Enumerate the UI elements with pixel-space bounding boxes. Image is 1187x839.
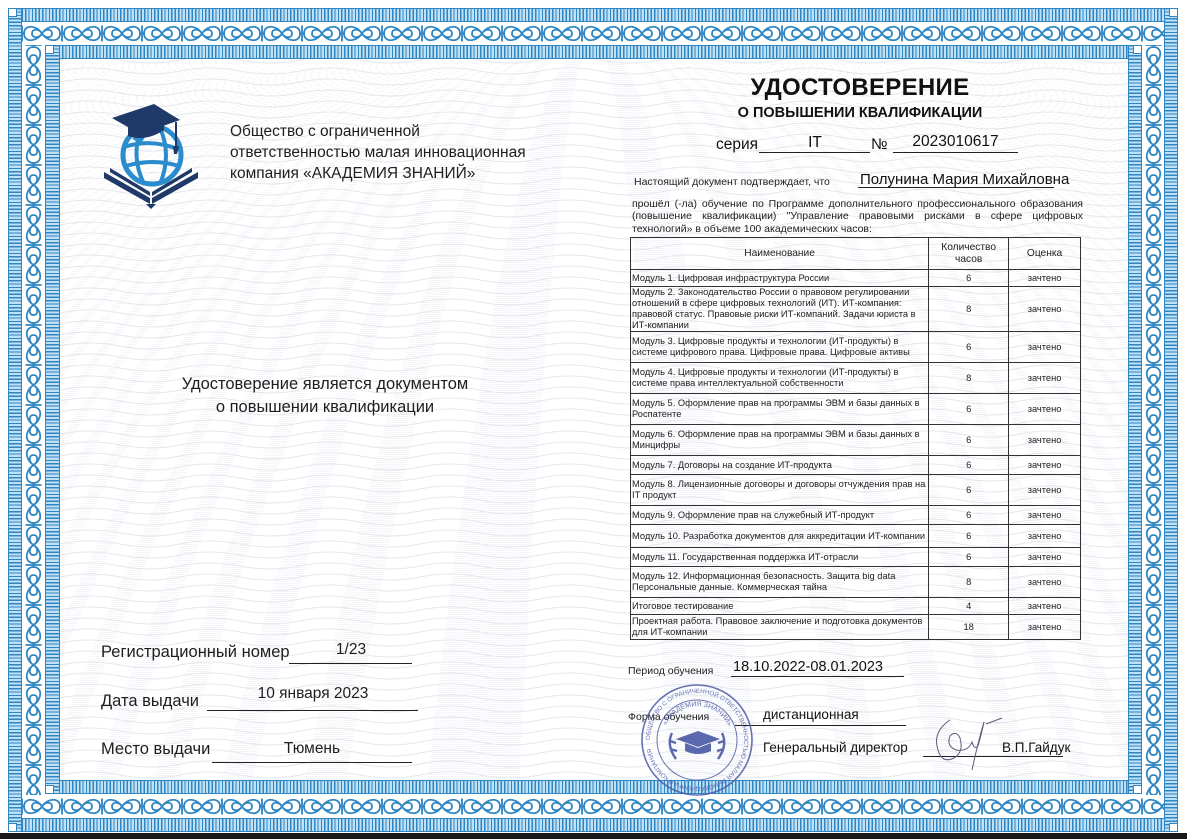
study-period-label: Период обучения xyxy=(628,665,713,677)
grade-cell: зачтено xyxy=(1009,475,1081,506)
study-period-underline xyxy=(731,676,904,677)
frame-corner xyxy=(45,785,54,794)
program-description: прошёл (-ла) обучение по Программе допол… xyxy=(632,198,1083,235)
module-name-cell: Итоговое тестирование xyxy=(631,598,929,615)
frame-corner xyxy=(8,8,17,17)
table-row: Модуль 11. Государственная поддержка ИТ-… xyxy=(631,548,1081,567)
certificate-sheet: Общество с ограниченной ответственностью… xyxy=(0,0,1187,833)
holder-name: Полунина Мария Михайловна xyxy=(860,171,1069,188)
statement-line: Удостоверение является документом xyxy=(150,373,500,396)
table-row: Модуль 2. Законодательство России о прав… xyxy=(631,287,1081,332)
frame-inner-top xyxy=(45,45,1142,59)
table-row: Итоговое тестирование4зачтено xyxy=(631,598,1081,615)
director-signature xyxy=(920,712,1010,774)
module-name-cell: Модуль 9. Оформление прав на служебный И… xyxy=(631,506,929,525)
hours-cell: 6 xyxy=(929,270,1009,287)
hours-cell: 6 xyxy=(929,506,1009,525)
hours-cell: 6 xyxy=(929,332,1009,363)
table-row: Модуль 7. Договоры на создание ИТ-продук… xyxy=(631,456,1081,475)
table-row: Модуль 9. Оформление прав на служебный И… xyxy=(631,506,1081,525)
hours-cell: 6 xyxy=(929,525,1009,548)
number-value: 2023010617 xyxy=(893,133,1018,151)
organization-name-line: компания «АКАДЕМИЯ ЗНАНИЙ» xyxy=(230,163,526,184)
stamp-inner-text: «АКАДЕМИЯ ЗНАНИЙ» xyxy=(662,701,733,728)
director-name: В.П.Гайдук xyxy=(1002,740,1070,755)
grade-cell: зачтено xyxy=(1009,456,1081,475)
hours-cell: 6 xyxy=(929,394,1009,425)
table-row: Проектная работа. Правовое заключение и … xyxy=(631,615,1081,640)
company-stamp: ОБЩЕСТВО С ОГРАНИЧЕННОЙ ОТВЕТСТВЕННОСТЬЮ… xyxy=(640,683,754,797)
organization-name: Общество с ограниченной ответственностью… xyxy=(230,121,526,184)
table-row: Модуль 6. Оформление прав на программы Э… xyxy=(631,425,1081,456)
hours-cell: 8 xyxy=(929,363,1009,394)
hours-cell: 6 xyxy=(929,425,1009,456)
number-label: № xyxy=(871,136,888,154)
study-period-value: 18.10.2022-08.01.2023 xyxy=(733,659,883,675)
frame-inner-left xyxy=(45,45,60,794)
issue-date-underline xyxy=(207,710,418,711)
module-name-cell: Модуль 2. Законодательство России о прав… xyxy=(631,287,929,332)
hours-cell: 4 xyxy=(929,598,1009,615)
grade-cell: зачтено xyxy=(1009,615,1081,640)
table-row: Модуль 10. Разработка документов для акк… xyxy=(631,525,1081,548)
hours-cell: 6 xyxy=(929,475,1009,506)
frame-inner-right xyxy=(1128,45,1142,794)
table-header-row: Наименование Количество часов Оценка xyxy=(631,238,1081,270)
table-row: Модуль 1. Цифровая инфраструктура России… xyxy=(631,270,1081,287)
frame-knot-ornament-bottom xyxy=(22,795,1164,818)
frame-knot-ornament-top xyxy=(22,22,1164,45)
module-name-cell: Модуль 11. Государственная поддержка ИТ-… xyxy=(631,548,929,567)
hours-cell: 8 xyxy=(929,567,1009,598)
frame-knot-ornament-right xyxy=(1142,45,1164,795)
issue-date-value: 10 января 2023 xyxy=(207,685,419,703)
study-form-value: дистанционная xyxy=(763,707,859,722)
table-row: Модуль 12. Информационная безопасность. … xyxy=(631,567,1081,598)
module-name-cell: Модуль 8. Лицензионные договоры и догово… xyxy=(631,475,929,506)
organization-name-line: ответственностью малая инновационная xyxy=(230,142,526,163)
frame-outer-left xyxy=(8,8,22,832)
frame-corner xyxy=(1133,785,1142,794)
column-header-grade: Оценка xyxy=(1009,238,1081,270)
organization-name-line: Общество с ограниченной xyxy=(230,121,526,142)
grade-cell: зачтено xyxy=(1009,394,1081,425)
module-name-cell: Модуль 7. Договоры на создание ИТ-продук… xyxy=(631,456,929,475)
frame-corner xyxy=(1133,45,1142,54)
modules-table: Наименование Количество часов Оценка Мод… xyxy=(630,237,1081,640)
module-name-cell: Модуль 10. Разработка документов для акк… xyxy=(631,525,929,548)
certificate-statement: Удостоверение является документом о повы… xyxy=(150,373,500,419)
series-underline xyxy=(759,152,870,153)
number-underline xyxy=(893,152,1018,153)
issue-place-underline xyxy=(212,762,412,763)
table-row: Модуль 4. Цифровые продукты и технологии… xyxy=(631,363,1081,394)
hours-cell: 6 xyxy=(929,548,1009,567)
grade-cell: зачтено xyxy=(1009,332,1081,363)
grade-cell: зачтено xyxy=(1009,425,1081,456)
grade-cell: зачтено xyxy=(1009,287,1081,332)
registration-number-value: 1/23 xyxy=(290,641,412,659)
frame-knot-ornament-left xyxy=(22,45,45,795)
series-label: серия xyxy=(716,136,758,154)
grade-cell: зачтено xyxy=(1009,525,1081,548)
module-name-cell: Модуль 4. Цифровые продукты и технологии… xyxy=(631,363,929,394)
grade-cell: зачтено xyxy=(1009,598,1081,615)
module-name-cell: Модуль 6. Оформление прав на программы Э… xyxy=(631,425,929,456)
module-name-cell: Модуль 3. Цифровые продукты и технологии… xyxy=(631,332,929,363)
certificate-title: УДОСТОВЕРЕНИЕ xyxy=(700,74,1020,102)
certificate-subtitle: О ПОВЫШЕНИИ КВАЛИФИКАЦИИ xyxy=(700,105,1020,121)
hours-cell: 8 xyxy=(929,287,1009,332)
grade-cell: зачтено xyxy=(1009,548,1081,567)
table-row: Модуль 8. Лицензионные договоры и догово… xyxy=(631,475,1081,506)
frame-corner xyxy=(1169,8,1178,17)
holder-name-underline xyxy=(858,187,1054,188)
column-header-name: Наименование xyxy=(631,238,929,270)
table-row: Модуль 5. Оформление прав на программы Э… xyxy=(631,394,1081,425)
registration-number-label: Регистрационный номер xyxy=(101,643,290,662)
grade-cell: зачтено xyxy=(1009,567,1081,598)
statement-line: о повышении квалификации xyxy=(150,396,500,419)
module-name-cell: Проектная работа. Правовое заключение и … xyxy=(631,615,929,640)
frame-corner xyxy=(1169,823,1178,832)
frame-corner xyxy=(45,45,54,54)
grade-cell: зачтено xyxy=(1009,506,1081,525)
issue-place-label: Место выдачи xyxy=(101,740,210,759)
study-form-underline xyxy=(735,725,906,726)
module-name-cell: Модуль 5. Оформление прав на программы Э… xyxy=(631,394,929,425)
series-value: IT xyxy=(760,134,870,152)
frame-outer-top xyxy=(8,8,1178,22)
module-name-cell: Модуль 1. Цифровая инфраструктура России xyxy=(631,270,929,287)
module-name-cell: Модуль 12. Информационная безопасность. … xyxy=(631,567,929,598)
frame-outer-right xyxy=(1164,8,1178,832)
table-row: Модуль 3. Цифровые продукты и технологии… xyxy=(631,332,1081,363)
frame-inner-bottom xyxy=(45,780,1142,794)
column-header-hours: Количество часов xyxy=(929,238,1009,270)
frame-outer-bottom xyxy=(8,818,1178,832)
director-label: Генеральный директор xyxy=(763,740,908,755)
grade-cell: зачтено xyxy=(1009,270,1081,287)
hours-cell: 18 xyxy=(929,615,1009,640)
grade-cell: зачтено xyxy=(1009,363,1081,394)
issue-date-label: Дата выдачи xyxy=(101,692,199,711)
hours-cell: 6 xyxy=(929,456,1009,475)
registration-number-underline xyxy=(289,663,412,664)
academy-logo-icon xyxy=(102,100,200,210)
issue-place-value: Тюмень xyxy=(212,740,412,758)
frame-corner xyxy=(8,823,17,832)
confirms-text: Настоящий документ подтверждает, что xyxy=(634,176,830,188)
